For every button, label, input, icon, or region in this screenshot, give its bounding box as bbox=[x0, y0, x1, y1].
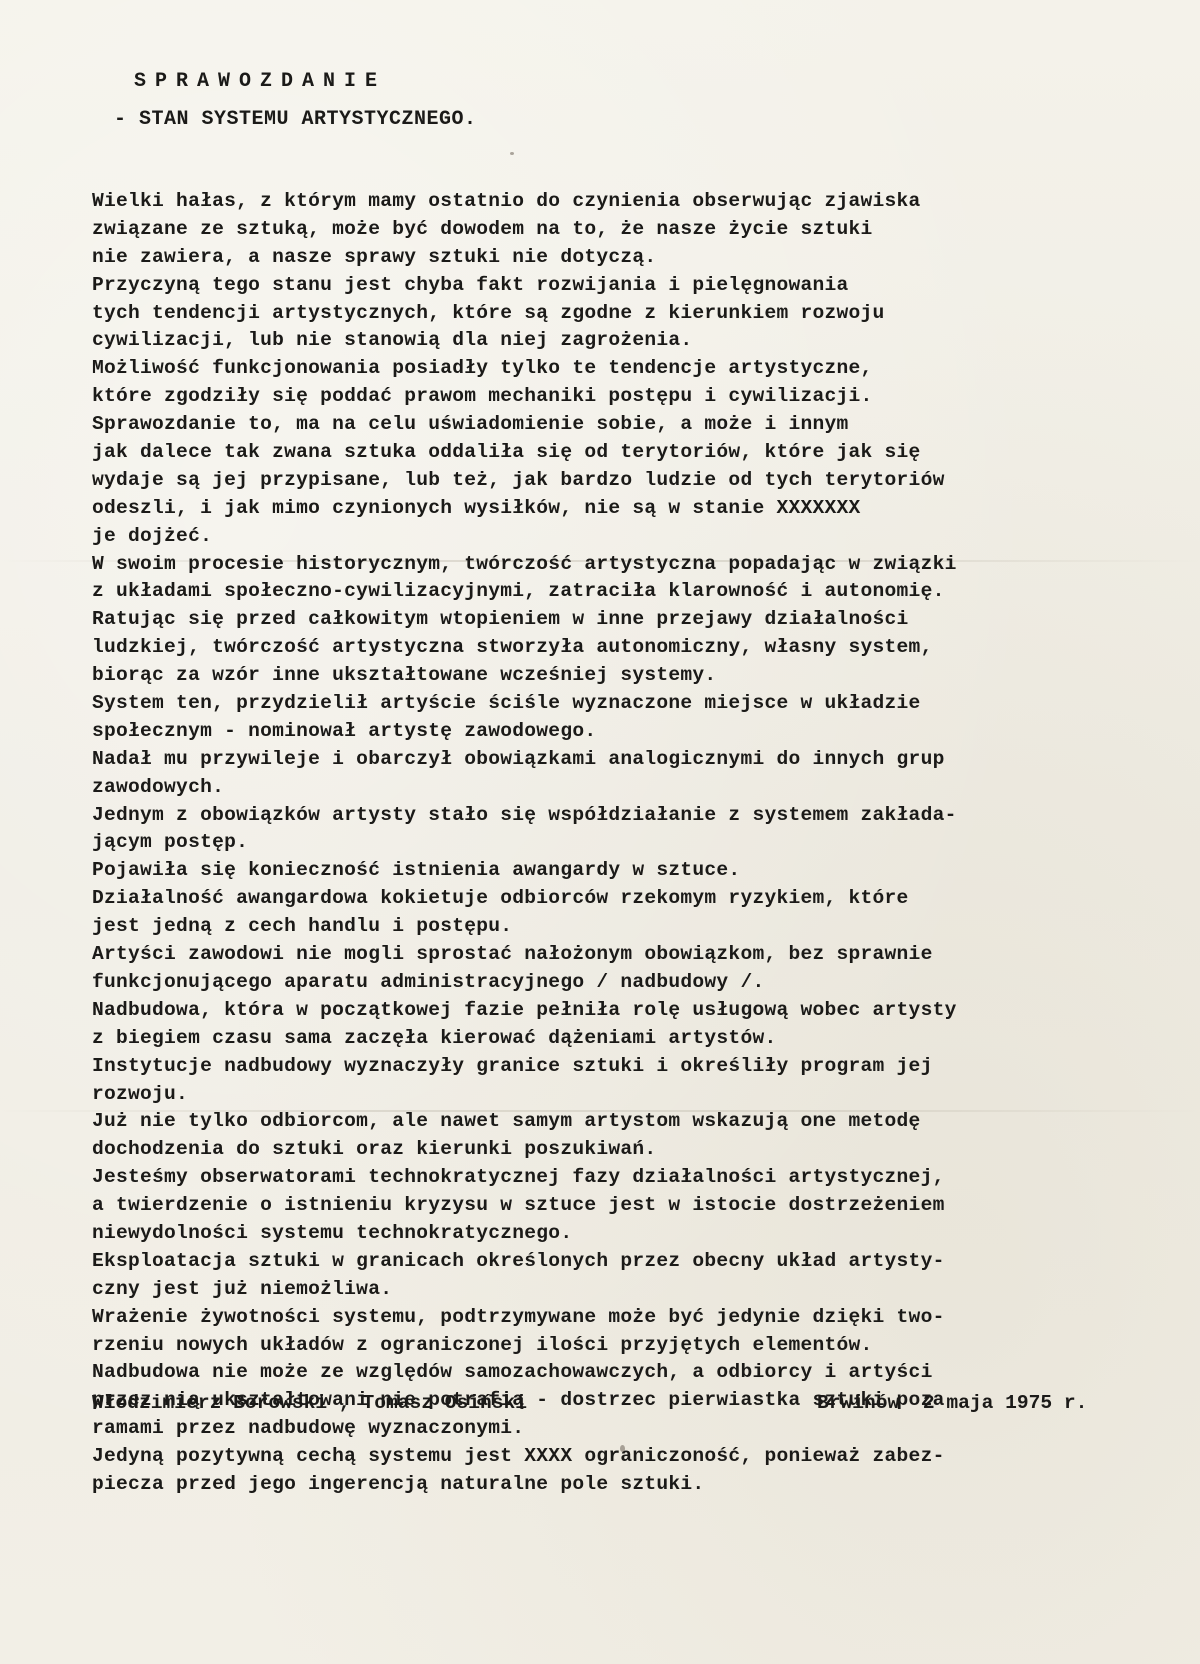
body-line: Instytucje nadbudowy wyznaczyły granice … bbox=[92, 1053, 1152, 1081]
body-line: ludzkiej, twórczość artystyczna stworzył… bbox=[92, 634, 1152, 662]
body-line: Ratując się przed całkowitym wtopieniem … bbox=[92, 606, 1152, 634]
body-line: z układami społeczno-cywilizacyjnymi, za… bbox=[92, 578, 1152, 606]
body-line: cywilizacji, lub nie stanowią dla niej z… bbox=[92, 327, 1152, 355]
paper-speck bbox=[620, 1445, 625, 1452]
body-line: biorąc za wzór inne ukształtowane wcześn… bbox=[92, 662, 1152, 690]
document-subtitle: - STAN SYSTEMU ARTYSTYCZNEGO. bbox=[114, 108, 477, 131]
body-line: a twierdzenie o istnieniu kryzysu w sztu… bbox=[92, 1192, 1152, 1220]
body-line: System ten, przydzielił artyście ściśle … bbox=[92, 690, 1152, 718]
body-line: Przyczyną tego stanu jest chyba fakt roz… bbox=[92, 272, 1152, 300]
body-line: rzeniu nowych układów z ograniczonej ilo… bbox=[92, 1332, 1152, 1360]
body-line: społecznym - nominował artystę zawodoweg… bbox=[92, 718, 1152, 746]
signature-authors: Włodzimierz Borowski , Tomasz Osiński bbox=[92, 1392, 527, 1414]
body-line: je dojżeć. bbox=[92, 523, 1152, 551]
body-line: Nadbudowa nie może ze względów samozacho… bbox=[92, 1359, 1152, 1387]
body-line: Eksploatacja sztuki w granicach określon… bbox=[92, 1248, 1152, 1276]
body-line: zawodowych. bbox=[92, 774, 1152, 802]
body-line: tych tendencji artystycznych, które są z… bbox=[92, 300, 1152, 328]
body-line: związane ze sztuką, może być dowodem na … bbox=[92, 216, 1152, 244]
body-line: wydaje są jej przypisane, lub też, jak b… bbox=[92, 467, 1152, 495]
body-line: nie zawiera, a nasze sprawy sztuki nie d… bbox=[92, 244, 1152, 272]
body-line: odeszli, i jak mimo czynionych wysiłków,… bbox=[92, 495, 1152, 523]
body-line: Wrażenie żywotności systemu, podtrzymywa… bbox=[92, 1304, 1152, 1332]
body-line: jest jedną z cech handlu i postępu. bbox=[92, 913, 1152, 941]
body-line: dochodzenia do sztuki oraz kierunki posz… bbox=[92, 1136, 1152, 1164]
body-line: jak dalece tak zwana sztuka oddaliła się… bbox=[92, 439, 1152, 467]
body-line: Nadał mu przywileje i obarczył obowiązka… bbox=[92, 746, 1152, 774]
body-line: W swoim procesie historycznym, twórczość… bbox=[92, 551, 1152, 579]
body-line: funkcjonującego aparatu administracyjneg… bbox=[92, 969, 1152, 997]
body-line: ramami przez nadbudowę wyznaczonymi. bbox=[92, 1415, 1152, 1443]
body-line: Możliwość funkcjonowania posiadły tylko … bbox=[92, 355, 1152, 383]
body-line: które zgodziły się poddać prawom mechani… bbox=[92, 383, 1152, 411]
body-line: piecza przed jego ingerencją naturalne p… bbox=[92, 1471, 1152, 1499]
body-line: Sprawozdanie to, ma na celu uświadomieni… bbox=[92, 411, 1152, 439]
typewritten-page: SPRAWOZDANIE - STAN SYSTEMU ARTYSTYCZNEG… bbox=[0, 0, 1200, 1664]
body-line: Artyści zawodowi nie mogli sprostać nało… bbox=[92, 941, 1152, 969]
signature-place-date: Brwinów 2 maja 1975 r. bbox=[817, 1392, 1087, 1414]
body-line: rozwoju. bbox=[92, 1081, 1152, 1109]
body-line: Nadbudowa, która w początkowej fazie peł… bbox=[92, 997, 1152, 1025]
document-title: SPRAWOZDANIE bbox=[134, 70, 386, 93]
document-body: Wielki hałas, z którym mamy ostatnio do … bbox=[92, 188, 1152, 1499]
body-line: Jednym z obowiązków artysty stało się ws… bbox=[92, 802, 1152, 830]
body-line: z biegiem czasu sama zaczęła kierować dą… bbox=[92, 1025, 1152, 1053]
body-line: niewydolności systemu technokratycznego. bbox=[92, 1220, 1152, 1248]
body-line: Wielki hałas, z którym mamy ostatnio do … bbox=[92, 188, 1152, 216]
body-line: Pojawiła się konieczność istnienia awang… bbox=[92, 857, 1152, 885]
body-line: jącym postęp. bbox=[92, 829, 1152, 857]
body-line: Działalność awangardowa kokietuje odbior… bbox=[92, 885, 1152, 913]
body-line: Już nie tylko odbiorcom, ale nawet samym… bbox=[92, 1108, 1152, 1136]
body-line: czny jest już niemożliwa. bbox=[92, 1276, 1152, 1304]
body-line: Jesteśmy obserwatorami technokratycznej … bbox=[92, 1164, 1152, 1192]
paper-speck bbox=[510, 152, 514, 155]
